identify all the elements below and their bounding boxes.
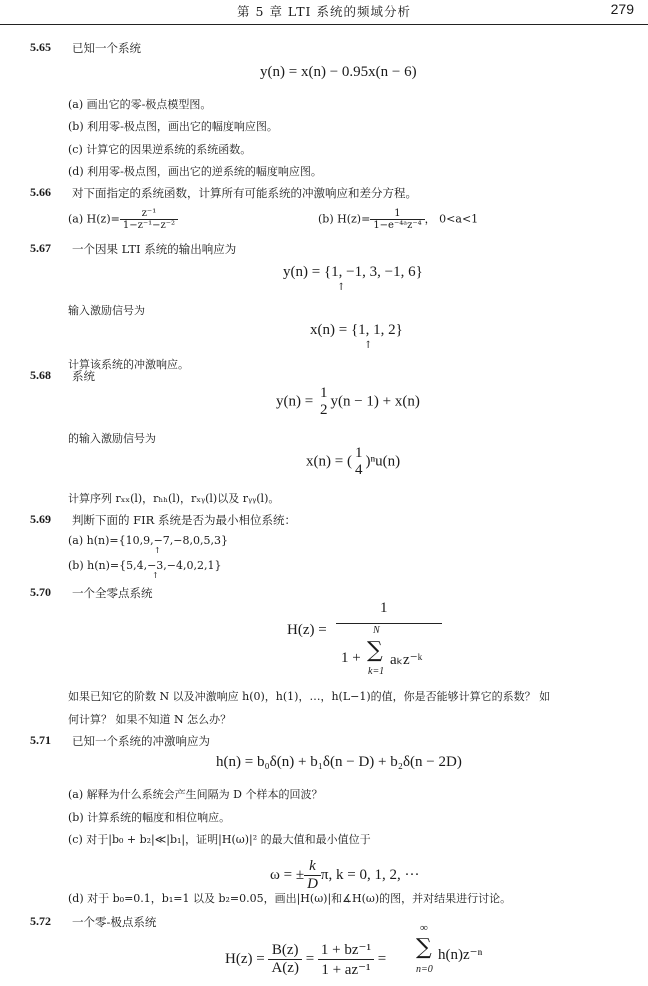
header-rule (0, 24, 648, 25)
problem-number: 5.66 (30, 185, 51, 200)
sub-question-b: (b) h(n)={5,4,−3,−4,0,2,1} (68, 559, 222, 572)
body-text: 何计算？ 如果不知道 N 怎么办？ (68, 711, 231, 727)
fraction: 12 (317, 385, 331, 419)
equation: y(n) = 12y(n − 1) + x(n) (276, 385, 420, 419)
summation-icon: ∑ (367, 640, 383, 662)
summation-icon: ∑ (416, 937, 432, 959)
fraction-b-over-a: B(z)A(z) (268, 942, 301, 977)
fraction: kD (304, 858, 321, 893)
formula-label: (a) H(z)= (68, 213, 120, 226)
sub-question-a: (a) 解释为什么系统会产生间隔为 D 个样本的回波？ (68, 786, 322, 802)
problem-number: 5.70 (30, 585, 51, 600)
denominator-term: aₖz⁻ᵏ (390, 650, 422, 669)
sub-question-c: (c) 对于|b₀ + b₂|≪|b₁|，证明|H(ω)|² 的最大值和最小值位… (68, 831, 371, 847)
numerator: 1 (370, 208, 424, 219)
denominator: 4 (352, 462, 366, 479)
origin-arrow-icon: ↑ (154, 546, 161, 555)
denominator: 1−e⁻⁴ᵃz⁻⁴ (370, 219, 424, 231)
lhs: y(n) = (276, 393, 317, 409)
equation: h(n) = b₀δ(n) + b₁δ(n − D) + b₂δ(n − 2D) (216, 754, 462, 771)
running-header-title: 第 5 章 LTI 系统的频域分析 (0, 2, 648, 20)
problem-stem: 一个全零点系统 (72, 585, 153, 601)
problem-stem: 一个因果 LTI 系统的输出响应为 (72, 241, 236, 257)
numerator: z⁻¹ (120, 208, 178, 219)
origin-arrow-icon: ↑ (337, 282, 345, 293)
equation-output: y(n) = {1, −1, 3, −1, 6} (283, 264, 423, 281)
equation-input: x(n) = (14)ⁿu(n) (306, 445, 400, 479)
sub-question: (c) 计算它的因果逆系统的系统函数。 (68, 141, 251, 157)
sum-lower-limit: k=1 (368, 666, 384, 677)
sum-upper-limit: ∞ (420, 922, 428, 934)
sum-upper-limit: N (373, 625, 380, 636)
rhs: )ⁿu(n) (365, 453, 400, 469)
lhs: H(z) = (225, 951, 268, 967)
equals: = (302, 951, 318, 967)
formula-label: (b) H(z)= (318, 213, 370, 226)
body-text: 计算序列 rₓₓ(l)，rₕₕ(l)，rₓᵧ(l)以及 rᵧᵧ(l)。 (68, 490, 279, 506)
origin-arrow-icon: ↑ (152, 571, 159, 580)
fraction-first-order: 1 + bz⁻¹1 + az⁻¹ (318, 940, 374, 979)
body-text: 如果已知它的阶数 N 以及冲激响应 h(0)，h(1)，…，h(L−1)的值，你… (68, 688, 550, 704)
numerator: k (304, 858, 321, 875)
rhs: y(n − 1) + x(n) (330, 393, 419, 409)
origin-arrow-icon: ↑ (364, 340, 372, 351)
denominator: 2 (317, 402, 331, 419)
denominator-prefix: 1 + (341, 650, 361, 667)
problem-number: 5.65 (30, 40, 51, 55)
numerator: 1 (352, 445, 366, 462)
numerator: 1 + bz⁻¹ (318, 940, 374, 959)
numerator: B(z) (268, 942, 301, 959)
problem-stem: 已知一个系统的冲激响应为 (72, 733, 210, 749)
problem-stem: 一个零-极点系统 (72, 914, 156, 930)
page-number: 279 (611, 1, 634, 17)
lhs: x(n) = ( (306, 453, 352, 469)
fraction: 14 (352, 445, 366, 479)
summand: h(n)z⁻ⁿ (438, 945, 482, 964)
equation-input: x(n) = {1, 1, 2} (310, 322, 403, 339)
equation: ω = ±kDπ, k = 0, 1, 2, ··· (270, 858, 419, 893)
problem-stem: 判断下面的 FIR 系统是否为最小相位系统： (72, 512, 296, 528)
denominator: A(z) (268, 959, 301, 977)
problem-number: 5.68 (30, 368, 51, 383)
problem-number: 5.72 (30, 914, 51, 929)
equation-lhs: H(z) = (287, 622, 327, 639)
sub-question-d: (d) 对于 b₀=0.1，b₁=1 以及 b₂=0.05，画出|H(ω)|和∡… (68, 890, 511, 906)
fraction: z⁻¹1−z⁻¹−z⁻² (120, 208, 178, 231)
problem-number: 5.67 (30, 241, 51, 256)
sub-question: (b) 利用零-极点图，画出它的幅度响应图。 (68, 118, 278, 134)
numerator: 1 (380, 600, 388, 617)
sub-question: (d) 利用零-极点图，画出它的逆系统的幅度响应图。 (68, 163, 322, 179)
sub-question-a: (a) h(n)={10,9,−7,−8,0,5,3} (68, 534, 228, 547)
numerator: 1 (317, 385, 331, 402)
sub-question: (a) 画出它的零-极点模型图。 (68, 96, 211, 112)
fraction: 11−e⁻⁴ᵃz⁻⁴ (370, 208, 424, 231)
sum-lower-limit: n=0 (416, 964, 433, 975)
problem-number: 5.71 (30, 733, 51, 748)
rhs: π, k = 0, 1, 2, ··· (321, 867, 420, 883)
lhs: ω = ± (270, 867, 304, 883)
sub-question-b: (b) 计算系统的幅度和相位响应。 (68, 809, 230, 825)
equals: = (374, 951, 386, 967)
denominator: 1 + az⁻¹ (318, 959, 374, 979)
body-text: 的输入激励信号为 (68, 430, 156, 446)
problem-stem: 对下面指定的系统函数，计算所有可能系统的冲激响应和差分方程。 (72, 185, 417, 201)
problem-stem: 已知一个系统 (72, 40, 141, 56)
sub-question-a: (a) H(z)=z⁻¹1−z⁻¹−z⁻² (68, 208, 178, 231)
sub-question-b: (b) H(z)=11−e⁻⁴ᵃz⁻⁴， 0<a<1 (318, 208, 478, 231)
problem-number: 5.69 (30, 512, 51, 527)
equation: y(n) = x(n) − 0.95x(n − 6) (260, 64, 417, 81)
problem-stem: 系统 (72, 368, 95, 384)
equation: H(z) = B(z)A(z) = 1 + bz⁻¹1 + az⁻¹ = (225, 940, 386, 979)
body-text: 输入激励信号为 (68, 302, 145, 318)
fraction-bar (336, 623, 442, 624)
condition: ， 0<a<1 (425, 213, 479, 226)
denominator: 1−z⁻¹−z⁻² (120, 219, 178, 231)
